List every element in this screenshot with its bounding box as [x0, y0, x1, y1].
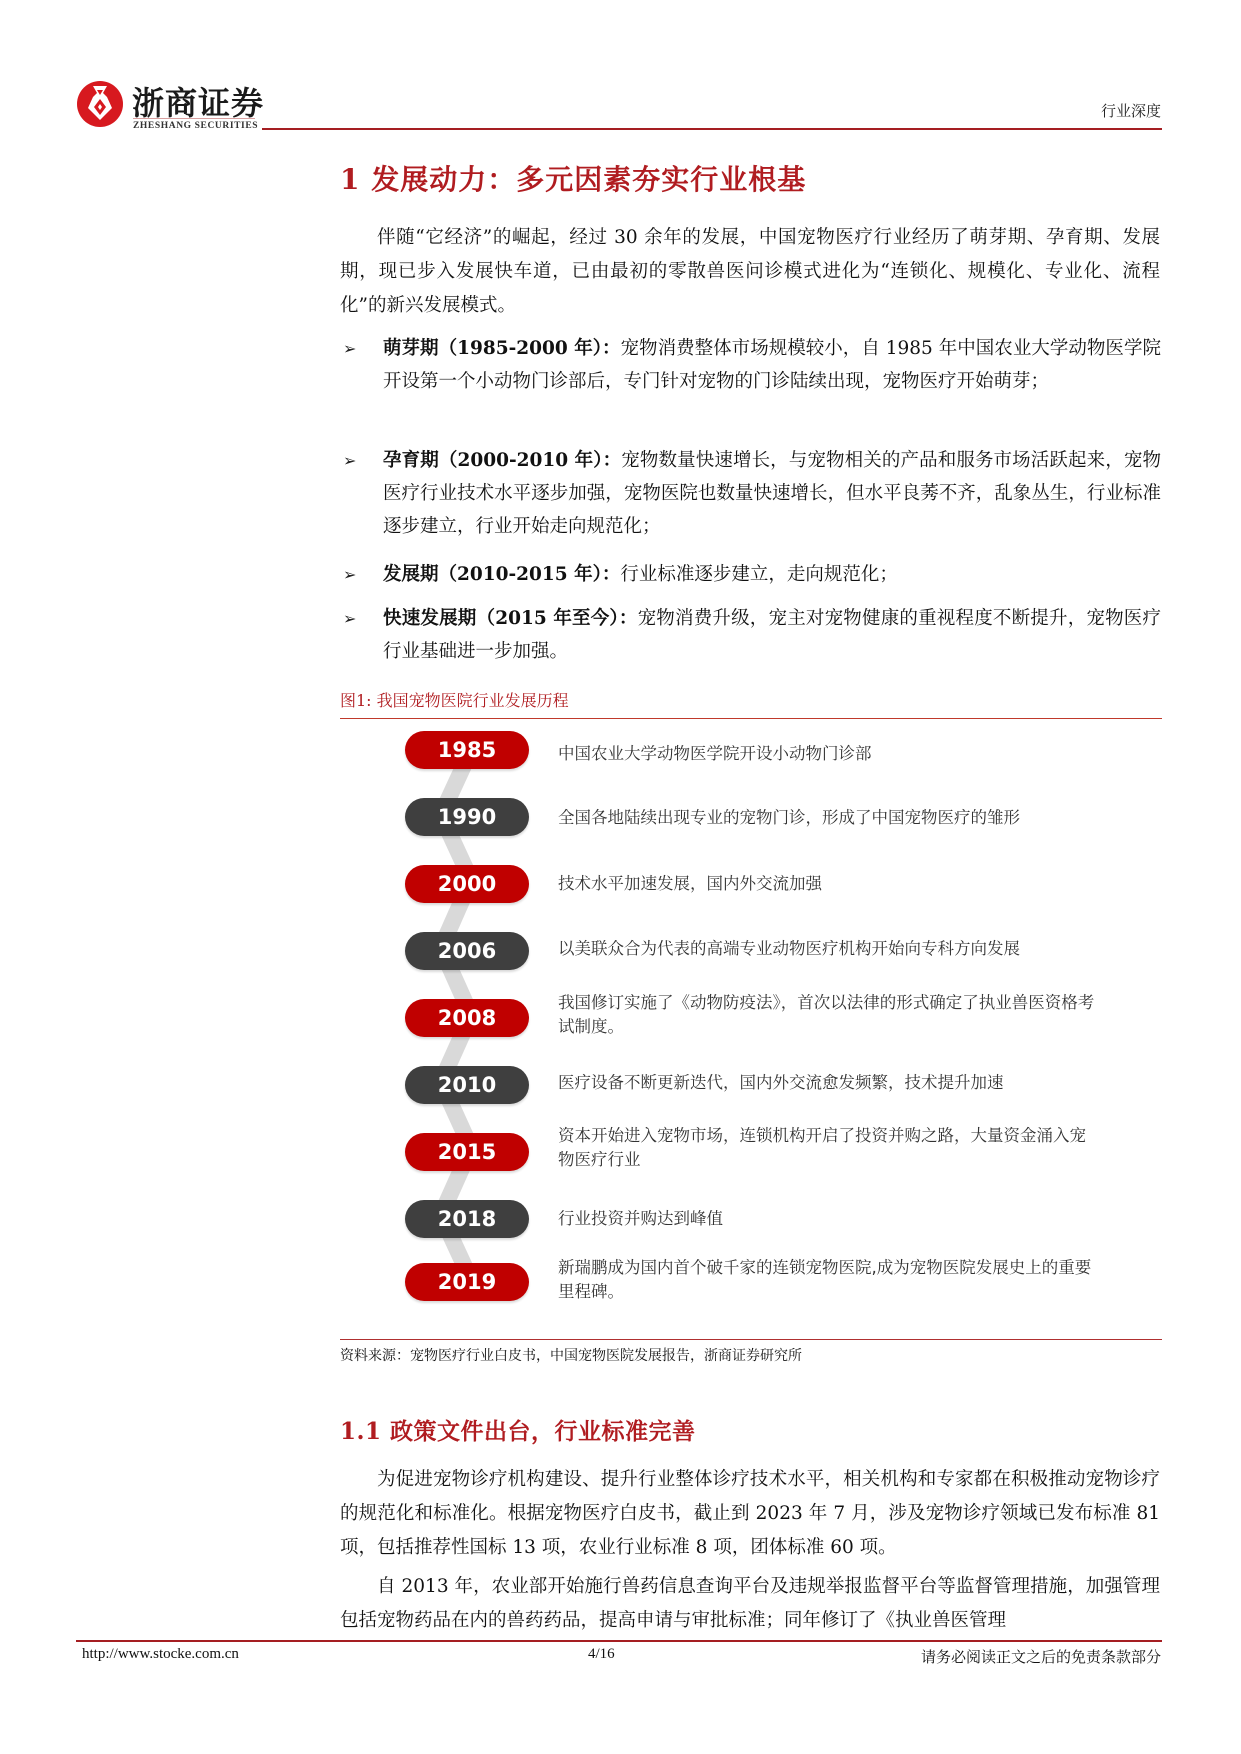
figure-caption: 图1: 我国宠物医院行业发展历程: [340, 688, 569, 711]
timeline-event-2006: 以美联众合为代表的高端专业动物医疗机构开始向专科方向发展: [558, 937, 1098, 961]
timeline-event-2008: 我国修订实施了《动物防疫法》，首次以法律的形式确定了执业兽医资格考试制度。: [558, 991, 1098, 1039]
intro-paragraph: 伴随“它经济”的崛起，经过 30 余年的发展，中国宠物医疗行业经历了萌芽期、孕育…: [340, 221, 1160, 323]
timeline-event-2019: 新瑞鹏成为国内首个破千家的连锁宠物医院,成为宠物医院发展史上的重要里程碑。: [558, 1256, 1098, 1304]
bullet-item-incubation: ➢ 孕育期（2000-2010 年）：宠物数量快速增长，与宠物相关的产品和服务市…: [383, 444, 1161, 543]
timeline-year-2008: 2008: [405, 999, 529, 1037]
arrow-bullet-icon: ➢: [343, 444, 356, 477]
timeline-year-1985: 1985: [405, 731, 529, 769]
bullet-label: 发展期（2010-2015 年）：: [383, 564, 620, 585]
figure-top-rule: [340, 718, 1162, 719]
zheshang-logo-icon: [76, 80, 124, 128]
bullet-text: 行业标准逐步建立，走向规范化；: [620, 564, 898, 585]
timeline-event-2015: 资本开始进入宠物市场，连锁机构开启了投资并购之路，大量资金涌入宠物医疗行业: [558, 1124, 1098, 1172]
brand-divider: [133, 118, 255, 119]
timeline-event-2010: 医疗设备不断更新迭代，国内外交流愈发频繁，技术提升加速: [558, 1071, 1098, 1095]
header-rule: [262, 128, 1162, 130]
arrow-bullet-icon: ➢: [343, 602, 356, 635]
bullet-label: 快速发展期（2015 年至今）：: [383, 608, 638, 629]
figure-bottom-rule: [340, 1339, 1162, 1340]
timeline-event-2018: 行业投资并购达到峰值: [558, 1207, 1098, 1231]
section-title: 1 发展动力：多元因素夯实行业根基: [340, 158, 806, 198]
bullet-item-rapid-growth: ➢ 快速发展期（2015 年至今）：宠物消费升级，宠主对宠物健康的重视程度不断提…: [383, 602, 1161, 668]
timeline-year-2010: 2010: [405, 1066, 529, 1104]
page-number: 4/16: [588, 1646, 615, 1663]
report-type-tag: 行业深度: [1101, 100, 1161, 121]
timeline-event-1985: 中国农业大学动物医学院开设小动物门诊部: [558, 742, 1098, 766]
timeline-event-2000: 技术水平加速发展，国内外交流加强: [558, 872, 1098, 896]
arrow-bullet-icon: ➢: [343, 558, 356, 591]
footer-rule: [76, 1640, 1162, 1642]
arrow-bullet-icon: ➢: [343, 332, 356, 365]
bullet-label: 萌芽期（1985-2000 年）：: [383, 338, 621, 359]
timeline-event-1990: 全国各地陆续出现专业的宠物门诊，形成了中国宠物医疗的雏形: [558, 806, 1098, 830]
policy-paragraph-2: 自 2013 年，农业部开始施行兽药信息查询平台及违规举报监督平台等监督管理措施…: [340, 1570, 1160, 1638]
policy-paragraph-1: 为促进宠物诊疗机构建设、提升行业整体诊疗技术水平，相关机构和专家都在积极推动宠物…: [340, 1463, 1160, 1565]
bullet-label: 孕育期（2000-2010 年）：: [383, 450, 621, 471]
bullet-item-development: ➢ 发展期（2010-2015 年）：行业标准逐步建立，走向规范化；: [383, 558, 1161, 591]
timeline-year-2018: 2018: [405, 1200, 529, 1238]
timeline-year-1990: 1990: [405, 798, 529, 836]
timeline-year-2006: 2006: [405, 932, 529, 970]
timeline-year-2015: 2015: [405, 1133, 529, 1171]
brand-name-en: ZHESHANG SECURITIES: [133, 121, 258, 131]
timeline-year-2019: 2019: [405, 1263, 529, 1301]
bullet-item-sprout: ➢ 萌芽期（1985-2000 年）：宠物消费整体市场规模较小，自 1985 年…: [383, 332, 1161, 398]
subsection-title: 1.1 政策文件出台，行业标准完善: [340, 1413, 696, 1446]
timeline-year-2000: 2000: [405, 865, 529, 903]
footer-disclaimer: 请务必阅读正文之后的免责条款部分: [921, 1646, 1161, 1667]
figure-source: 资料来源：宠物医疗行业白皮书，中国宠物医院发展报告，浙商证券研究所: [340, 1345, 802, 1365]
footer-website-link[interactable]: http://www.stocke.com.cn: [82, 1646, 239, 1663]
